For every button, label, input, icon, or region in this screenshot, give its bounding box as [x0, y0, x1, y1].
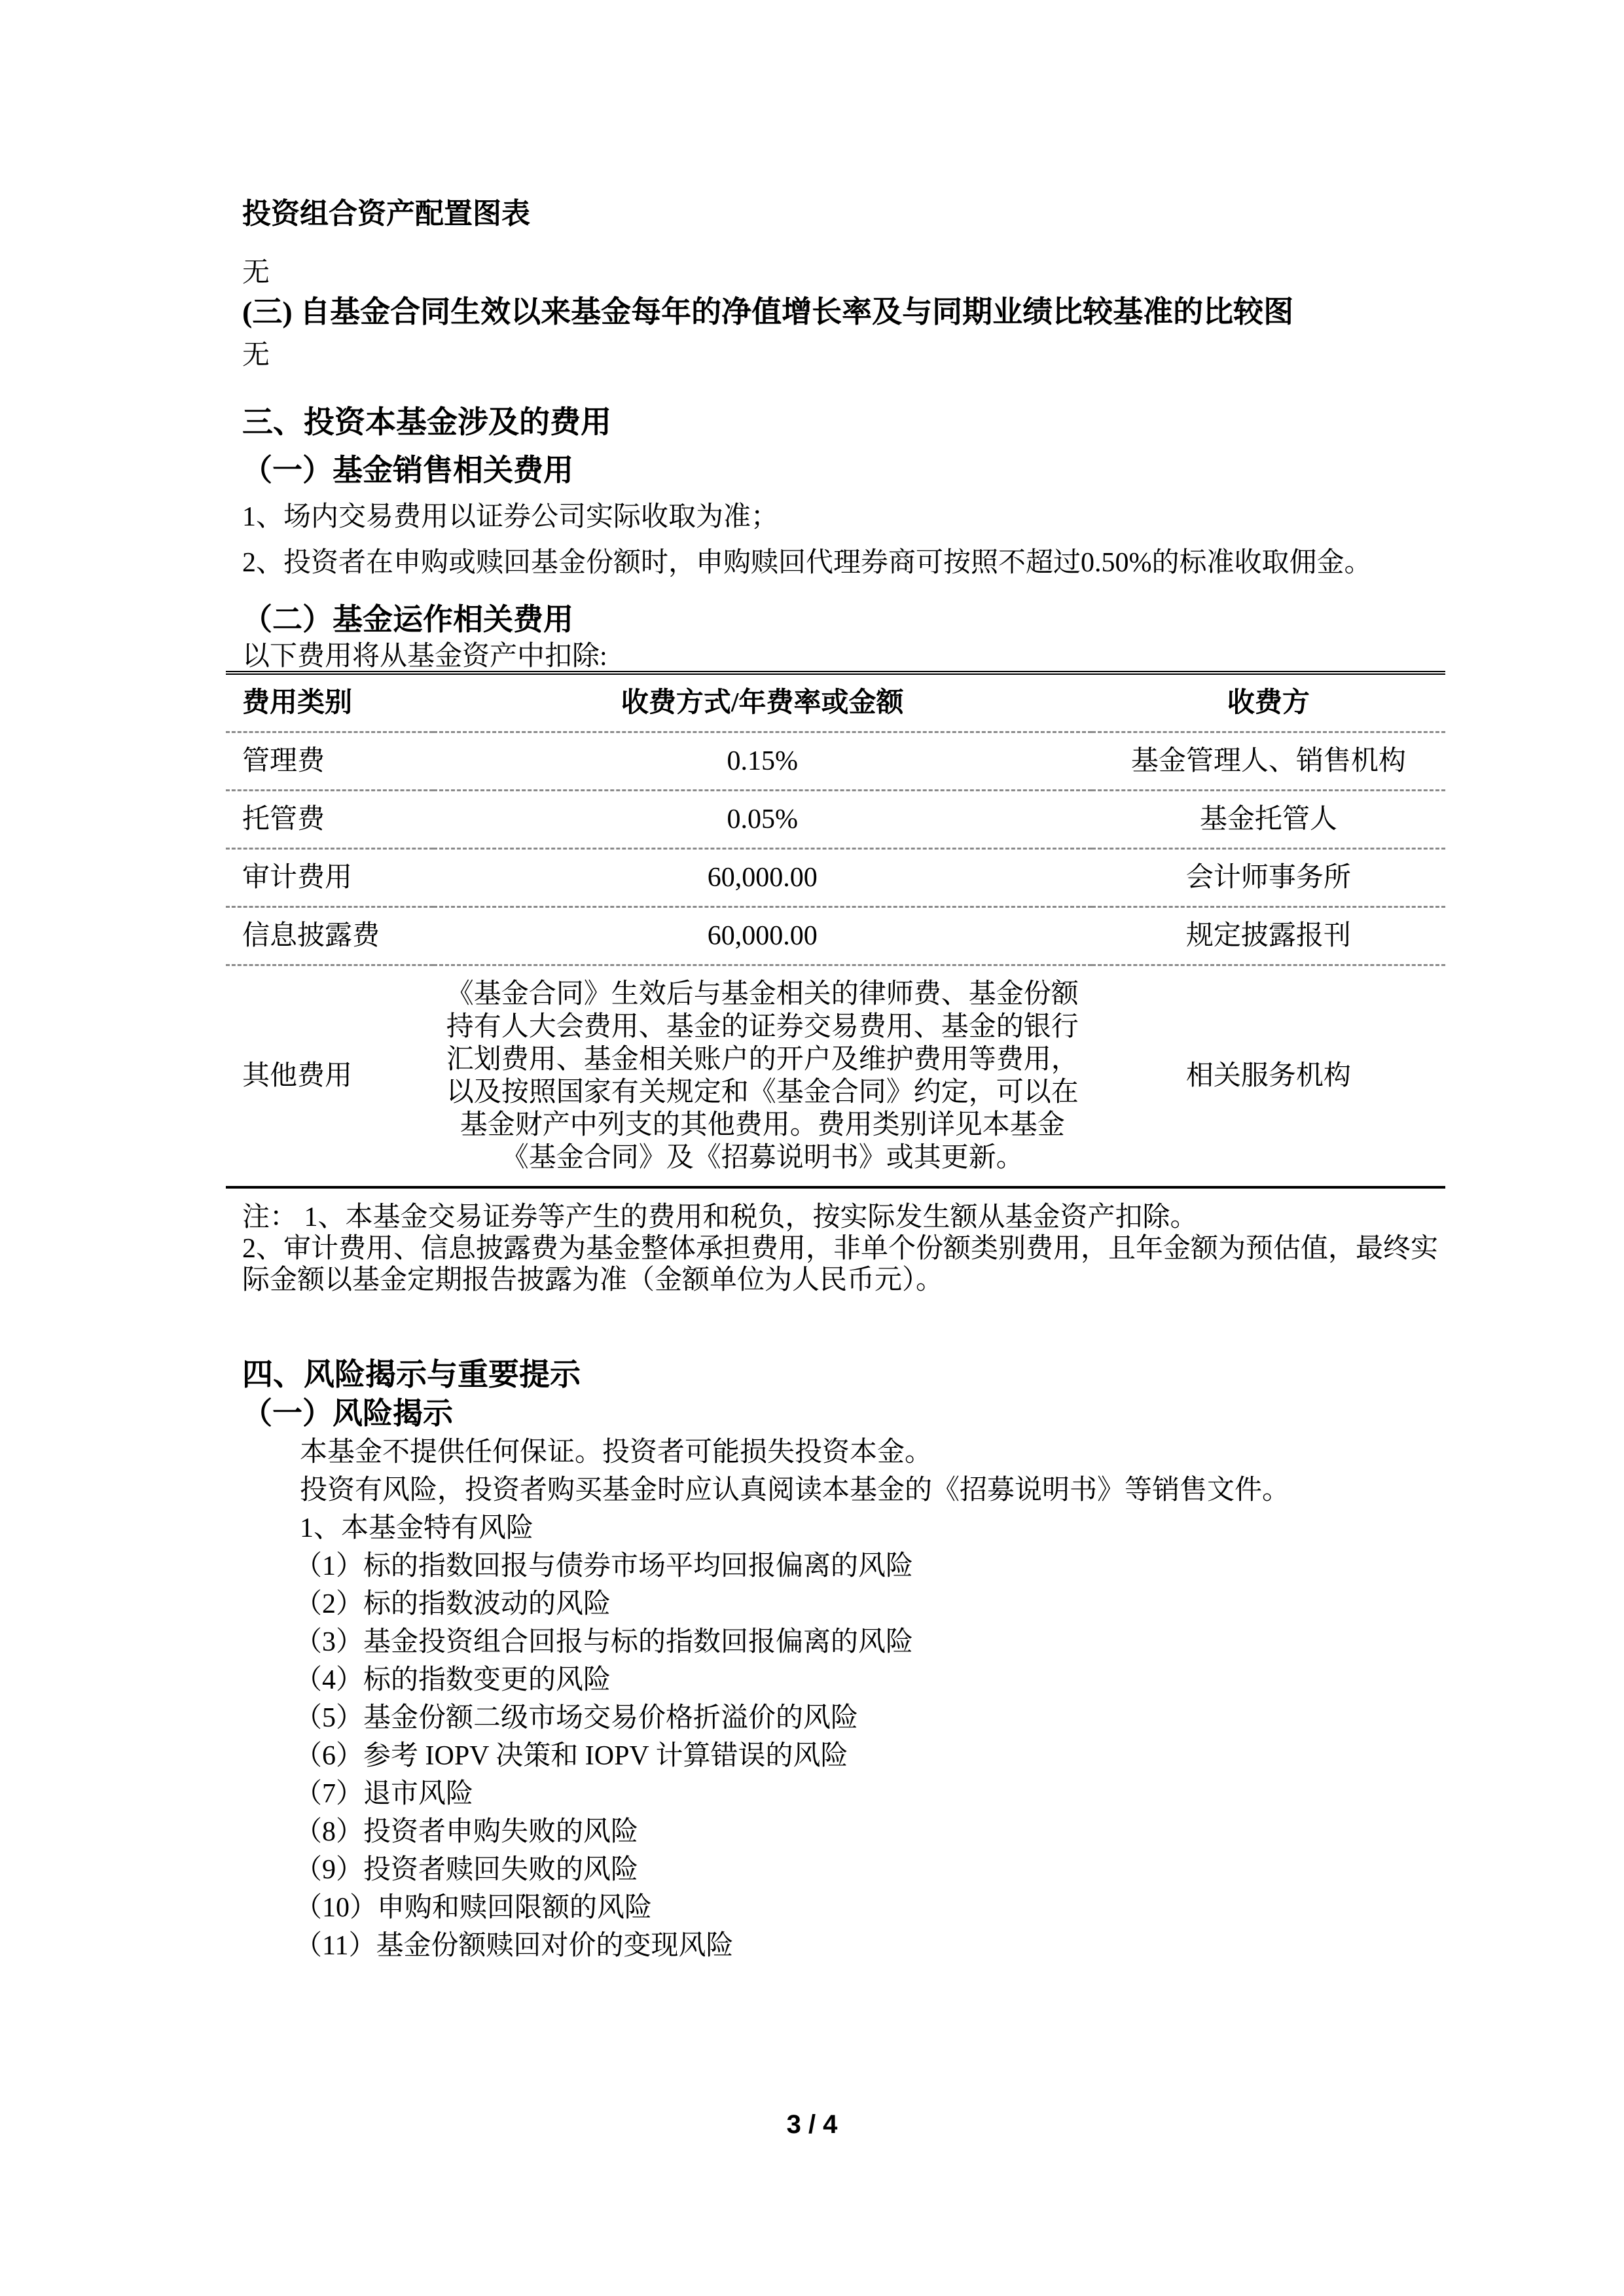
- list-item: （11）基金份额赎回对价的变现风险: [242, 1927, 1445, 1965]
- list-item: （10）申购和赎回限额的风险: [242, 1889, 1445, 1927]
- list-item: （8）投资者申购失败的风险: [242, 1813, 1445, 1851]
- table-row: 信息披露费 60,000.00 规定披露报刊: [226, 907, 1445, 965]
- fee-payee: 相关服务机构: [1092, 965, 1445, 1188]
- fees-note-1: 注： 1、本基金交易证券等产生的费用和税负，按实际发生额从基金资产扣除。: [242, 1202, 1445, 1233]
- nav-growth-comparison-content: 无: [242, 338, 1445, 373]
- sales-fees-heading: （一）基金销售相关费用: [242, 452, 1445, 489]
- list-item: （5）基金份额二级市场交易价格折溢价的风险: [242, 1699, 1445, 1737]
- nav-growth-comparison-heading: (三) 自基金合同生效以来基金每年的净值增长率及与同期业绩比较基准的比较图: [242, 291, 1445, 332]
- fees-table-header-category: 费用类别: [226, 673, 433, 732]
- fee-payee: 规定披露报刊: [1092, 907, 1445, 965]
- fees-table: 费用类别 收费方式/年费率或金额 收费方 管理费 0.15% 基金管理人、销售机…: [226, 671, 1445, 1189]
- fee-category: 托管费: [226, 791, 433, 849]
- document-content: 投资组合资产配置图表 无 (三) 自基金合同生效以来基金每年的净值增长率及与同期…: [226, 0, 1445, 1965]
- risk-paragraph-2: 投资有风险，投资者购买基金时应认真阅读本基金的《招募说明书》等销售文件。: [242, 1471, 1445, 1509]
- fees-table-header-fee: 收费方式/年费率或金额: [433, 673, 1092, 732]
- list-item: （6）参考 IOPV 决策和 IOPV 计算错误的风险: [242, 1737, 1445, 1775]
- section-fees-heading: 三、投资本基金涉及的费用: [242, 404, 1445, 442]
- operation-fees-heading: （二）基金运作相关费用: [242, 601, 1445, 638]
- fee-rate: 0.05%: [433, 791, 1092, 849]
- fee-rate: 0.15%: [433, 732, 1092, 791]
- table-row: 托管费 0.05% 基金托管人: [226, 791, 1445, 849]
- portfolio-chart-content: 无: [242, 255, 1445, 291]
- list-item: （4）标的指数变更的风险: [242, 1661, 1445, 1699]
- sales-fees-item-2: 2、投资者在申购或赎回基金份额时，申购赎回代理券商可按照不超过0.50%的标准收…: [242, 545, 1445, 581]
- fee-payee: 基金托管人: [1092, 791, 1445, 849]
- operation-fees-intro: 以下费用将从基金资产中扣除:: [242, 642, 1445, 671]
- fee-category: 审计费用: [226, 849, 433, 907]
- risk-disclosure-heading: （一）风险揭示: [242, 1395, 1445, 1432]
- document-page: 投资组合资产配置图表 无 (三) 自基金合同生效以来基金每年的净值增长率及与同期…: [0, 0, 1624, 2296]
- portfolio-chart-heading: 投资组合资产配置图表: [242, 196, 1445, 232]
- list-item: （2）标的指数波动的风险: [242, 1585, 1445, 1623]
- table-row: 其他费用 《基金合同》生效后与基金相关的律师费、基金份额持有人大会费用、基金的证…: [226, 965, 1445, 1188]
- list-item: （9）投资者赎回失败的风险: [242, 1851, 1445, 1889]
- fee-rate: 60,000.00: [433, 907, 1092, 965]
- fees-note-2: 2、审计费用、信息披露费为基金整体承担费用，非单个份额类别费用，且年金额为预估值…: [242, 1233, 1445, 1296]
- fees-table-header-payee: 收费方: [1092, 673, 1445, 732]
- table-row: 审计费用 60,000.00 会计师事务所: [226, 849, 1445, 907]
- fee-payee: 会计师事务所: [1092, 849, 1445, 907]
- fee-category: 其他费用: [226, 965, 433, 1188]
- page-number: 3 / 4: [0, 2109, 1624, 2140]
- risk-list: （1）标的指数回报与债券市场平均回报偏离的风险 （2）标的指数波动的风险 （3）…: [242, 1547, 1445, 1965]
- fee-description: 《基金合同》生效后与基金相关的律师费、基金份额持有人大会费用、基金的证券交易费用…: [433, 965, 1092, 1188]
- sales-fees-item-1: 1、场内交易费用以证券公司实际收取为准；: [242, 499, 1445, 535]
- fee-category: 信息披露费: [226, 907, 433, 965]
- risk-list-title: 1、本基金特有风险: [242, 1509, 1445, 1547]
- fees-table-header-row: 费用类别 收费方式/年费率或金额 收费方: [226, 673, 1445, 732]
- table-row: 管理费 0.15% 基金管理人、销售机构: [226, 732, 1445, 791]
- list-item: （3）基金投资组合回报与标的指数回报偏离的风险: [242, 1623, 1445, 1661]
- list-item: （7）退市风险: [242, 1775, 1445, 1813]
- section-risk-heading: 四、风险揭示与重要提示: [242, 1356, 1445, 1394]
- risk-paragraph-1: 本基金不提供任何保证。投资者可能损失投资本金。: [242, 1433, 1445, 1471]
- list-item: （1）标的指数回报与债券市场平均回报偏离的风险: [242, 1547, 1445, 1585]
- fee-rate: 60,000.00: [433, 849, 1092, 907]
- fee-category: 管理费: [226, 732, 433, 791]
- fee-payee: 基金管理人、销售机构: [1092, 732, 1445, 791]
